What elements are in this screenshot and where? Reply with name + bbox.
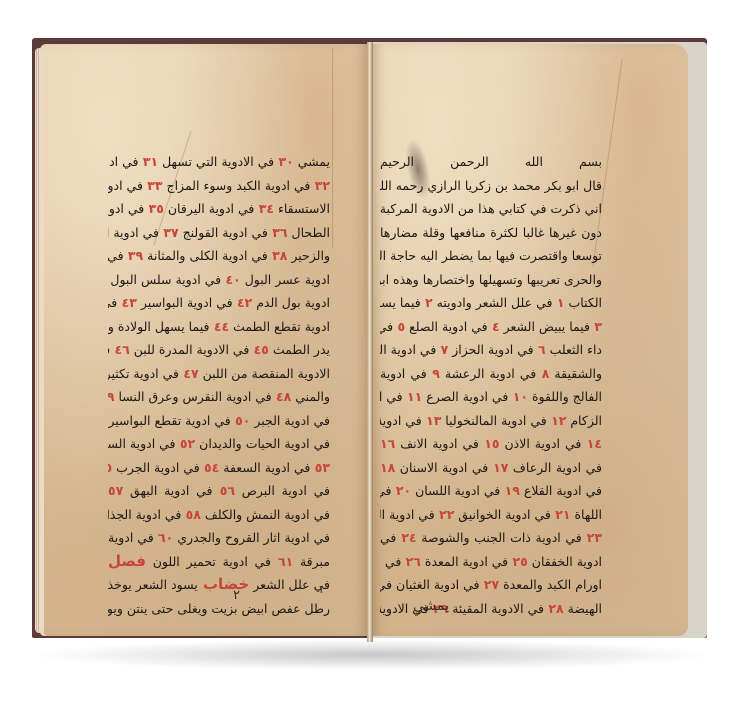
text-segment: ادوية تقطع الطمث	[229, 319, 330, 334]
chapter-number: ٥٧	[108, 483, 123, 498]
chapter-number: ٩	[427, 366, 440, 381]
chapter-number: ١٨	[380, 460, 395, 475]
manuscript-line: في ادوية النمش والكلف ٥٨ في ادوية الجذام…	[108, 503, 330, 527]
text-segment: في ادوية الكبد وسوء المزاج	[163, 178, 311, 193]
manuscript-line: اللهاة ٢١ في ادوية الخوانيق ٢٢ في ادوية …	[380, 503, 602, 527]
text-segment: ادوية بول الدم	[252, 295, 330, 310]
text-segment: في ادوية القلاع	[520, 483, 602, 498]
text-segment: في ادوية الحزاز	[448, 342, 533, 357]
manuscript-line: في ادوية الرعاف ١٧ في ادوية الاسنان ١٨	[380, 456, 602, 480]
manuscript-line: والزحير ٣٨ في ادوية الكلى والمثانة ٣٩ في	[108, 244, 330, 268]
chapter-number: ٤٨	[272, 389, 292, 404]
text-segment: في	[108, 248, 124, 263]
left-page-text: يمشي ٣٠ في الادوية التي تسهل ٣١ في ادوية…	[108, 150, 330, 620]
manuscript-line: في ادوية القلاع ١٩ في ادوية اللسان ٢٠ في…	[380, 479, 602, 503]
chapter-number: ٣١	[138, 154, 158, 169]
manuscript-line: يمشي ٣٠ في الادوية التي تسهل ٣١ في ادوية…	[108, 150, 330, 174]
chapter-number: ٥٦	[213, 483, 235, 498]
manuscript-line: دون غيرها غالبا لكثرة منافعها وقلة مضاره…	[380, 221, 602, 245]
manuscript-line: ادوية عسر البول ٤٠ في ادوية سلس البول ٤١…	[108, 268, 330, 292]
folio-mark: ١	[318, 583, 324, 596]
text-segment: في ادوية اثار القروح والجدري	[173, 530, 330, 545]
chapter-number: ٢١	[551, 507, 571, 522]
text-segment: في ادوية الجرب	[112, 460, 200, 475]
manuscript-line: ٣٢ في ادوية الكبد وسوء المزاج ٣٣ في ادوي…	[108, 174, 330, 198]
text-segment: في ادوية النمش والكلف	[201, 507, 330, 522]
manuscript-line: والمني ٤٨ في ادوية النقرس وعرق النسا ٤٩	[108, 385, 330, 409]
text-segment: في ادوية الاسنان	[395, 460, 488, 475]
text-segment: في ادوية الاذن	[499, 436, 581, 451]
chapter-number: ٤٥	[249, 342, 269, 357]
manuscript-line: ٣ فيما يبيض الشعر ٤ في ادوية الصلع ٥ في …	[380, 315, 602, 339]
text-segment: يدر الطمث	[269, 342, 330, 357]
chapter-number: ٥٨	[181, 507, 201, 522]
text-segment: في ادوية تحمير اللون	[146, 554, 271, 569]
manuscript-line: ادوية بول الدم ٤٢ في ادوية البواسير ٤٣ ف…	[108, 291, 330, 315]
chapter-number: ١	[552, 295, 564, 310]
text-segment: فيما يسهل الولادة و	[108, 319, 209, 334]
chapter-number: ٤	[488, 319, 500, 334]
manuscript-line: الفالج واللقوة ١٠ في ادوية الصرع ١١ في ا…	[380, 385, 602, 409]
text-segment: في ادوية الرعشة	[440, 366, 536, 381]
chapter-number: ٥٤	[200, 460, 220, 475]
chapter-number: ٣٦	[268, 225, 288, 240]
manuscript-line: توسعا واقتصرت فيها بما يضطر اليه حاجة ال…	[380, 244, 602, 268]
chapter-number: ٤٧	[179, 366, 199, 381]
chapter-number: ٢٥	[508, 554, 528, 569]
text-segment: في ادوية العين	[380, 413, 422, 428]
text-segment: الكتاب	[564, 295, 602, 310]
text-segment: الادوية المنقصة من اللبن	[199, 366, 330, 381]
manuscript-line: بسم الله الرحمن الرحيم	[380, 150, 602, 174]
chapter-number: ١٥	[479, 436, 500, 451]
text-segment: يسود الشعر يوخذ	[108, 577, 198, 592]
text-segment: في ادوية السعال	[380, 507, 435, 522]
manuscript-line: قال ابو بكر محمد بن زكريا الرازي رحمه ال…	[380, 174, 602, 198]
text-segment: اللهاة	[570, 507, 602, 522]
text-segment: في ادوية اليرقان	[164, 201, 255, 216]
chapter-number: ٥	[393, 319, 405, 334]
chapter-number: ١٣	[422, 413, 442, 428]
text-segment: مبرقة	[293, 554, 330, 569]
manuscript-line: في ادوية الحيات والديدان ٥٢ في ادوية الس…	[108, 432, 330, 456]
chapter-number: ١٢	[547, 413, 567, 428]
manuscript-line: الادوية المنقصة من اللبن ٤٧ في ادوية تكث…	[108, 362, 330, 386]
chapter-number: ١٦	[380, 436, 395, 451]
text-segment: ادوية عسر البول	[241, 272, 330, 287]
chapter-number: ٣٣	[143, 178, 163, 193]
text-segment: في ادوية	[380, 319, 393, 334]
text-segment: في ادوية الكلى والمثانة	[143, 248, 268, 263]
text-segment: في ادوية القولنج	[179, 225, 268, 240]
chapter-number: ١٧	[488, 460, 508, 475]
manuscript-line: ٢٣ في ادوية ذات الجنب والشوصة ٢٤ في	[380, 526, 602, 550]
text-segment: الطحال	[288, 225, 330, 240]
text-segment: في ادوية بيضة	[108, 530, 154, 545]
chapter-number: ٨	[536, 366, 549, 381]
text-segment: في ادوية	[380, 366, 427, 381]
text-segment: الهيضة	[564, 601, 602, 616]
right-page-text: بسم الله الرحمن الرحيم قال ابو بكر محمد …	[380, 150, 602, 620]
chapter-number: ٢٦	[401, 554, 421, 569]
chapter-number: ٢٢	[435, 507, 455, 522]
text-segment: والزحير	[287, 248, 330, 263]
chapter-number: ٤٦	[110, 342, 130, 357]
manuscript-line: ١٤ في ادوية الاذن ١٥ في ادوية الانف ١٦	[380, 432, 602, 456]
manuscript-line: الطحال ٣٦ في ادوية القولنج ٣٧ في ادوية ا…	[108, 221, 330, 245]
chapter-number: ١٤	[581, 436, 602, 451]
text-segment: في ادوية	[380, 554, 401, 569]
text-segment: في الادوية المدرة للبن	[130, 342, 250, 357]
text-segment: في ادوية الصلع	[405, 319, 487, 334]
text-segment: في علل الشعر وادويته	[433, 295, 553, 310]
chapter-number: ٢٤	[396, 530, 416, 545]
text-segment: في ادوية سلس البول	[108, 272, 221, 287]
text-segment: يمشي	[294, 154, 330, 169]
text-segment: في ادوية الانف	[395, 436, 479, 451]
manuscript-line: ٥٣ في ادوية السعفة ٥٤ في ادوية الجرب ٥٥	[108, 456, 330, 480]
text-segment: في ادوية السعفة	[219, 460, 310, 475]
text-segment: في ادوية اللسان	[411, 483, 500, 498]
text-segment: قال ابو بكر محمد بن زكريا الرازي رحمه ال…	[380, 178, 602, 193]
chapter-number: ٦١	[271, 554, 293, 569]
chapter-number: ٣٤	[254, 201, 274, 216]
chapter-number: ٣٧	[159, 225, 179, 240]
chapter-number: ١١	[403, 389, 423, 404]
chapter-number: ٥٣	[310, 460, 330, 475]
text-segment: في ادوية المالنخوليا	[441, 413, 546, 428]
chapter-number: ٣٨	[268, 248, 288, 263]
text-segment: في ادوية تقطع البواسير	[108, 413, 231, 428]
manuscript-line: في ادوية البرص ٥٦ في ادوية البهق ٥٧	[108, 479, 330, 503]
chapter-number: ٣٥	[144, 201, 164, 216]
manuscript-line: رطل عفص ابيض بزيت ويغلى حتى ينتن ويوخذ خ…	[108, 597, 330, 621]
manuscript-line: الكتاب ١ في علل الشعر وادويته ٢ فيما يسو…	[380, 291, 602, 315]
manuscript-line: اني ذكرت في كتابي هذا من الادوية المركبة…	[380, 197, 602, 221]
text-segment: ادوية الخفقان	[528, 554, 602, 569]
text-segment: في ادوية الرق	[108, 154, 138, 169]
text-segment: في ادوية البهق	[123, 483, 212, 498]
text-segment: في ادوية البواسير	[137, 295, 233, 310]
chapter-number: ٣٢	[310, 178, 330, 193]
manuscript-line: مبرقة ٦١ في ادوية تحمير اللون فصل	[108, 550, 330, 574]
chapter-number: ٥٢	[176, 436, 196, 451]
chapter-number: ٤٢	[233, 295, 253, 310]
text-segment: الفالج واللقوة	[528, 389, 602, 404]
chapter-number: ٣٠	[274, 154, 294, 169]
text-segment: في ادوية الرعاف	[508, 460, 602, 475]
chapter-number: ١٩	[500, 483, 520, 498]
manuscript-line: في ادوية الجبر ٥٠ في ادوية تقطع البواسير…	[108, 409, 330, 433]
chapter-number: ٦٠	[154, 530, 174, 545]
chapter-number: ٤٤	[209, 319, 229, 334]
text-segment: في ادوية	[108, 178, 143, 193]
text-segment: في ادوية السرطان	[108, 436, 176, 451]
text-segment: في ادوية الغثيان في	[380, 577, 479, 592]
text-segment: داء الثعلب	[546, 342, 602, 357]
chapter-number: ٢٠	[392, 483, 412, 498]
manuscript-line: ادوية تقطع الطمث ٤٤ فيما يسهل الولادة و	[108, 315, 330, 339]
text-segment: في ادوية تكثير الباه	[108, 366, 179, 381]
text-segment: في الادوية التي تسهل	[158, 154, 274, 169]
manuscript-line: في ادوية اثار القروح والجدري ٦٠ في ادوية…	[108, 526, 330, 550]
text-segment: في الادوية المقيئة	[448, 601, 544, 616]
manuscript-line: ادوية الخفقان ٢٥ في ادوية المعدة ٢٦ في ا…	[380, 550, 602, 574]
text-segment: فيما يسود الشعر	[380, 295, 421, 310]
text-segment: في ادوية الخوانيق	[454, 507, 551, 522]
chapter-number: ٥٠	[231, 413, 251, 428]
text-segment: في	[380, 530, 396, 545]
book-gutter	[367, 42, 373, 642]
chapter-number: ٢	[421, 295, 433, 310]
text-segment: في ادوية	[380, 483, 392, 498]
text-segment: بسم الله الرحمن الرحيم	[380, 154, 602, 169]
manuscript-line: الزكام ١٢ في ادوية المالنخوليا ١٣ في ادو…	[380, 409, 602, 433]
chapter-number: ٣	[590, 319, 602, 334]
text-segment: الزكام	[566, 413, 602, 428]
text-segment: في ادوية الجذام	[108, 507, 181, 522]
text-segment: في ادوية	[380, 389, 403, 404]
text-segment: في ادوية ذات الجنب والشوصة	[417, 530, 582, 545]
manuscript-line: والحرى تعريبها وتسهيلها واختصارها وهذه ا…	[380, 268, 602, 292]
rubric-heading: فصل	[108, 552, 146, 570]
text-segment: في ادوية البرص	[235, 483, 330, 498]
text-segment: في ادوية الحلقة	[108, 225, 159, 240]
text-segment: في ادوية	[108, 201, 144, 216]
text-segment: في ادوية الصرع	[422, 389, 508, 404]
text-segment: في ادوية الجبر	[250, 413, 330, 428]
manuscript-line: الاستسقاء ٣٤ في ادوية اليرقان ٣٥ في ادوي…	[108, 197, 330, 221]
chapter-number: ٧	[436, 342, 448, 357]
chapter-number: ٤٠	[221, 272, 241, 287]
manuscript-line: والشقيقة ٨ في ادوية الرعشة ٩ في ادوية	[380, 362, 602, 386]
text-segment: فيما يبيض الشعر	[500, 319, 590, 334]
text-segment: رطل عفص ابيض بزيت ويغلى حتى ينتن ويوخذ خ…	[108, 601, 330, 616]
text-segment: والحرى تعريبها وتسهيلها واختصارها وهذه ا…	[380, 272, 602, 287]
text-segment: في ادوية الصداع	[380, 342, 436, 357]
chapter-number: ٢٧	[479, 577, 499, 592]
rubric-heading: خضاب	[198, 575, 250, 593]
text-segment: دون غيرها غالبا لكثرة منافعها وقلة مضاره…	[380, 225, 602, 240]
text-segment: والمني	[291, 389, 330, 404]
catchword: يمشي	[413, 598, 449, 614]
text-segment: في ادوية المعدة	[421, 554, 508, 569]
text-segment: اورام الكبد والمعدة	[499, 577, 602, 592]
paper-crease	[332, 48, 333, 248]
manuscript-line: داء الثعلب ٦ في ادوية الحزاز ٧ في ادوية …	[380, 338, 602, 362]
text-segment: توسعا واقتصرت فيها بما يضطر اليه حاجة ال…	[380, 248, 602, 263]
text-segment: في	[108, 295, 117, 310]
chapter-number: ٦	[534, 342, 546, 357]
text-segment: في ادوية النقرس وعرق النسا	[115, 389, 272, 404]
chapter-number: ٢٨	[544, 601, 564, 616]
text-segment: الاستسقاء	[274, 201, 330, 216]
chapter-number: ١٠	[508, 389, 528, 404]
chapter-number: ٤٣	[117, 295, 137, 310]
manuscript-line: اورام الكبد والمعدة ٢٧ في ادوية الغثيان …	[380, 573, 602, 597]
chapter-number: ٢٣	[582, 530, 602, 545]
manuscript-line: يدر الطمث ٤٥ في الادوية المدرة للبن ٤٦ ف…	[108, 338, 330, 362]
text-segment: في ادوية الحيات والديدان	[195, 436, 330, 451]
text-segment: والشقيقة	[549, 366, 602, 381]
chapter-number: ٣٩	[124, 248, 144, 263]
folio-mark: ٢	[233, 588, 240, 603]
text-segment: اني ذكرت في كتابي هذا من الادوية المركبة…	[380, 201, 602, 216]
manuscript-line: في علل الشعر خضاب يسود الشعر يوخذ	[108, 573, 330, 597]
